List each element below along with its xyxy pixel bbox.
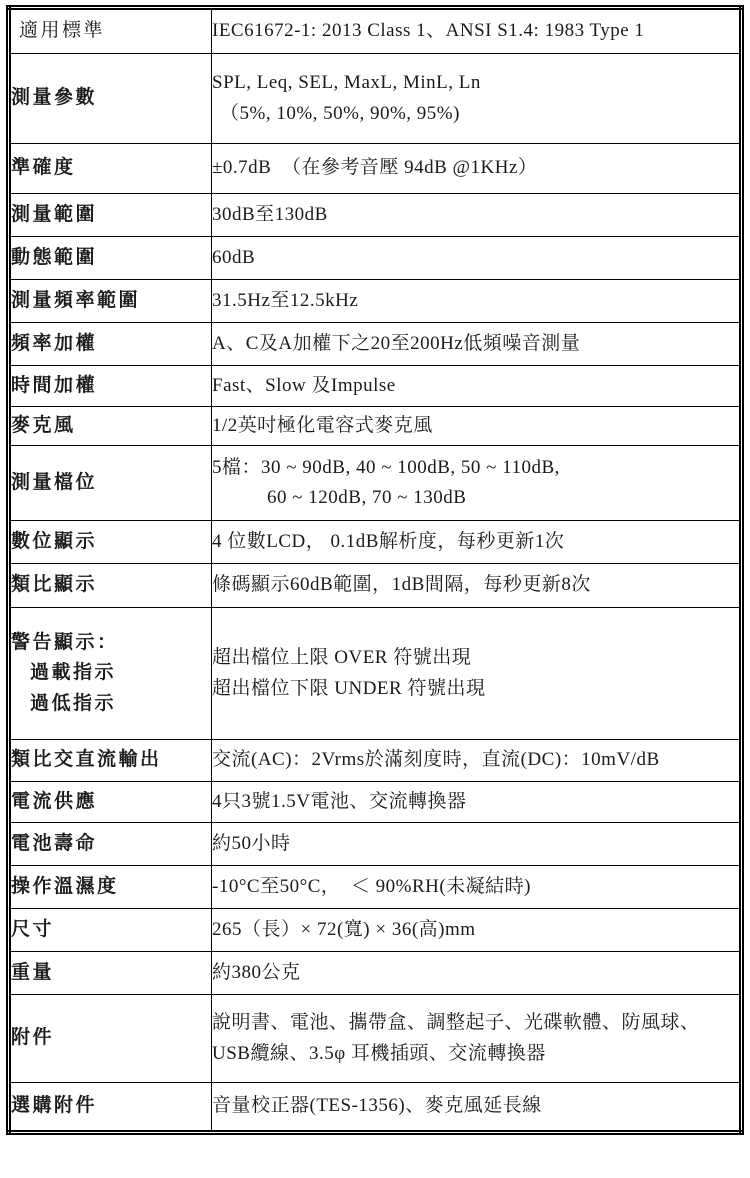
spec-label-analog-display: 類比顯示 — [9, 564, 212, 608]
spec-row-dynamic-range: 動態範圍60dB — [9, 237, 742, 280]
spec-value-measurement-levels: 5檔：30 ~ 90dB, 40 ~ 100dB, 50 ~ 110dB,60 … — [212, 446, 742, 521]
spec-row-measurement-range: 測量範圍30dB至130dB — [9, 194, 742, 237]
row-label-line: 警告顯示： — [11, 628, 205, 658]
spec-value-optional-accessories: 音量校正器(TES-1356)、麥克風延長線 — [212, 1083, 742, 1133]
row-label-line: 選購附件 — [11, 1091, 205, 1121]
row-value-line: 約50小時 — [212, 829, 733, 859]
row-label-line: 電池壽命 — [11, 829, 205, 859]
row-value-line: 60dB — [212, 243, 733, 273]
page: 適用標準IEC61672-1: 2013 Class 1、ANSI S1.4: … — [0, 0, 750, 1143]
spec-row-power-supply: 電流供應4只3號1.5V電池、交流轉換器 — [9, 782, 742, 823]
row-value-line: 1/2英吋極化電容式麥克風 — [212, 411, 733, 441]
spec-value-accuracy: ±0.7dB （在參考音壓 94dB @1KHz） — [212, 144, 742, 194]
spec-row-microphone: 麥克風1/2英吋極化電容式麥克風 — [9, 407, 742, 446]
spec-label-measurement-frequency-range: 測量頻率範圍 — [9, 280, 212, 323]
spec-label-measurement-parameters: 測量參數 — [9, 54, 212, 144]
row-label-line: 類比顯示 — [11, 570, 205, 600]
row-label-line: 過載指示 — [11, 658, 205, 688]
row-label-line: 數位顯示 — [11, 527, 205, 557]
spec-value-frequency-weighting: A、C及A加權下之20至200Hz低頻噪音測量 — [212, 323, 742, 366]
row-value-line: 5檔：30 ~ 90dB, 40 ~ 100dB, 50 ~ 110dB, — [212, 453, 733, 483]
spec-row-time-weighting: 時間加權Fast、Slow 及Impulse — [9, 366, 742, 407]
spec-label-operating-temp-humidity: 操作溫濕度 — [9, 866, 212, 909]
row-label-line: 動態範圍 — [11, 243, 205, 273]
spec-label-microphone: 麥克風 — [9, 407, 212, 446]
row-label-line: 操作溫濕度 — [11, 872, 205, 902]
row-value-line: 265（長）× 72(寬) × 36(高)mm — [212, 915, 733, 945]
spec-value-weight: 約380公克 — [212, 952, 742, 995]
spec-row-warning-display: 警告顯示：過載指示過低指示超出檔位上限 OVER 符號出現超出檔位下限 UNDE… — [9, 608, 742, 740]
row-value-line: A、C及A加權下之20至200Hz低頻噪音測量 — [212, 329, 733, 359]
spec-value-dynamic-range: 60dB — [212, 237, 742, 280]
spec-label-weight: 重量 — [9, 952, 212, 995]
spec-row-digital-display: 數位顯示4 位數LCD， 0.1dB解析度，每秒更新1次 — [9, 521, 742, 564]
row-value-line: -10°C至50°C， ＜ 90%RH(未凝結時) — [212, 872, 733, 902]
row-value-line: 約380公克 — [212, 958, 733, 988]
spec-row-optional-accessories: 選購附件音量校正器(TES-1356)、麥克風延長線 — [9, 1083, 742, 1133]
spec-value-operating-temp-humidity: -10°C至50°C， ＜ 90%RH(未凝結時) — [212, 866, 742, 909]
spec-value-microphone: 1/2英吋極化電容式麥克風 — [212, 407, 742, 446]
spec-row-measurement-frequency-range: 測量頻率範圍31.5Hz至12.5kHz — [9, 280, 742, 323]
row-label-line: 重量 — [11, 958, 205, 988]
row-value-line: 交流(AC)：2Vrms於滿刻度時，直流(DC)：10mV/dB — [212, 745, 733, 775]
spec-row-operating-temp-humidity: 操作溫濕度-10°C至50°C， ＜ 90%RH(未凝結時) — [9, 866, 742, 909]
row-label-line: 尺寸 — [11, 915, 205, 945]
row-value-line: Fast、Slow 及Impulse — [212, 371, 733, 401]
spec-value-applicable-standard: IEC61672-1: 2013 Class 1、ANSI S1.4: 1983… — [212, 8, 742, 54]
row-label-line: 頻率加權 — [11, 329, 205, 359]
spec-value-battery-life: 約50小時 — [212, 823, 742, 866]
spec-row-measurement-levels: 測量檔位5檔：30 ~ 90dB, 40 ~ 100dB, 50 ~ 110dB… — [9, 446, 742, 521]
spec-label-measurement-levels: 測量檔位 — [9, 446, 212, 521]
spec-value-digital-display: 4 位數LCD， 0.1dB解析度，每秒更新1次 — [212, 521, 742, 564]
spec-label-dimensions: 尺寸 — [9, 909, 212, 952]
row-value-line: 30dB至130dB — [212, 200, 733, 230]
spec-row-frequency-weighting: 頻率加權A、C及A加權下之20至200Hz低頻噪音測量 — [9, 323, 742, 366]
spec-label-warning-display: 警告顯示：過載指示過低指示 — [9, 608, 212, 740]
row-value-line: 4只3號1.5V電池、交流轉換器 — [212, 787, 733, 817]
spec-label-digital-display: 數位顯示 — [9, 521, 212, 564]
spec-row-analog-ac-dc-output: 類比交直流輸出交流(AC)：2Vrms於滿刻度時，直流(DC)：10mV/dB — [9, 740, 742, 782]
spec-label-frequency-weighting: 頻率加權 — [9, 323, 212, 366]
spec-value-analog-display: 條碼顯示60dB範圍，1dB間隔，每秒更新8次 — [212, 564, 742, 608]
spec-label-measurement-range: 測量範圍 — [9, 194, 212, 237]
spec-row-dimensions: 尺寸265（長）× 72(寬) × 36(高)mm — [9, 909, 742, 952]
row-value-line: （5%, 10%, 50%, 90%, 95%) — [212, 99, 733, 129]
row-value-line: 說明書、電池、攜帶盒、調整起子、光碟軟體、防風球、 — [212, 1008, 733, 1038]
row-value-line: USB纜線、3.5φ 耳機插頭、交流轉換器 — [212, 1039, 733, 1069]
spec-row-weight: 重量約380公克 — [9, 952, 742, 995]
row-label-line: 適用標準 — [19, 16, 205, 46]
row-label-line: 時間加權 — [11, 371, 205, 401]
row-label-line: 麥克風 — [11, 411, 205, 441]
row-value-line: 31.5Hz至12.5kHz — [212, 286, 733, 316]
spec-row-battery-life: 電池壽命約50小時 — [9, 823, 742, 866]
spec-table-body: 適用標準IEC61672-1: 2013 Class 1、ANSI S1.4: … — [9, 8, 742, 1133]
spec-value-measurement-frequency-range: 31.5Hz至12.5kHz — [212, 280, 742, 323]
spec-label-accuracy: 準確度 — [9, 144, 212, 194]
spec-table: 適用標準IEC61672-1: 2013 Class 1、ANSI S1.4: … — [6, 5, 744, 1135]
spec-value-warning-display: 超出檔位上限 OVER 符號出現超出檔位下限 UNDER 符號出現 — [212, 608, 742, 740]
row-value-line: 60 ~ 120dB, 70 ~ 130dB — [212, 483, 733, 513]
spec-value-accessories: 說明書、電池、攜帶盒、調整起子、光碟軟體、防風球、USB纜線、3.5φ 耳機插頭… — [212, 995, 742, 1083]
spec-row-applicable-standard: 適用標準IEC61672-1: 2013 Class 1、ANSI S1.4: … — [9, 8, 742, 54]
spec-row-accessories: 附件說明書、電池、攜帶盒、調整起子、光碟軟體、防風球、USB纜線、3.5φ 耳機… — [9, 995, 742, 1083]
spec-value-time-weighting: Fast、Slow 及Impulse — [212, 366, 742, 407]
row-value-line: 超出檔位下限 UNDER 符號出現 — [212, 674, 733, 704]
spec-label-time-weighting: 時間加權 — [9, 366, 212, 407]
spec-value-measurement-parameters: SPL, Leq, SEL, MaxL, MinL, Ln（5%, 10%, 5… — [212, 54, 742, 144]
row-value-line: SPL, Leq, SEL, MaxL, MinL, Ln — [212, 68, 733, 98]
row-label-line: 測量檔位 — [11, 468, 205, 498]
row-label-line: 測量範圍 — [11, 200, 205, 230]
spec-label-battery-life: 電池壽命 — [9, 823, 212, 866]
row-label-line: 測量參數 — [11, 83, 205, 113]
spec-label-optional-accessories: 選購附件 — [9, 1083, 212, 1133]
row-label-line: 電流供應 — [11, 787, 205, 817]
spec-value-analog-ac-dc-output: 交流(AC)：2Vrms於滿刻度時，直流(DC)：10mV/dB — [212, 740, 742, 782]
spec-label-analog-ac-dc-output: 類比交直流輸出 — [9, 740, 212, 782]
spec-value-power-supply: 4只3號1.5V電池、交流轉換器 — [212, 782, 742, 823]
spec-row-accuracy: 準確度±0.7dB （在參考音壓 94dB @1KHz） — [9, 144, 742, 194]
row-value-line: 超出檔位上限 OVER 符號出現 — [212, 643, 733, 673]
row-label-line: 過低指示 — [11, 689, 205, 719]
spec-label-power-supply: 電流供應 — [9, 782, 212, 823]
row-label-line: 附件 — [11, 1023, 205, 1053]
spec-label-accessories: 附件 — [9, 995, 212, 1083]
row-value-line: ±0.7dB （在參考音壓 94dB @1KHz） — [212, 153, 733, 183]
row-label-line: 類比交直流輸出 — [11, 745, 205, 775]
spec-value-measurement-range: 30dB至130dB — [212, 194, 742, 237]
row-value-line: 音量校正器(TES-1356)、麥克風延長線 — [212, 1091, 733, 1121]
row-value-line: IEC61672-1: 2013 Class 1、ANSI S1.4: 1983… — [212, 16, 733, 46]
spec-label-applicable-standard: 適用標準 — [9, 8, 212, 54]
row-label-line: 測量頻率範圍 — [11, 286, 205, 316]
spec-value-dimensions: 265（長）× 72(寬) × 36(高)mm — [212, 909, 742, 952]
row-value-line: 4 位數LCD， 0.1dB解析度，每秒更新1次 — [212, 527, 733, 557]
spec-row-measurement-parameters: 測量參數SPL, Leq, SEL, MaxL, MinL, Ln（5%, 10… — [9, 54, 742, 144]
spec-label-dynamic-range: 動態範圍 — [9, 237, 212, 280]
row-label-line: 準確度 — [11, 153, 205, 183]
row-value-line: 條碼顯示60dB範圍，1dB間隔，每秒更新8次 — [212, 570, 733, 600]
spec-row-analog-display: 類比顯示條碼顯示60dB範圍，1dB間隔，每秒更新8次 — [9, 564, 742, 608]
